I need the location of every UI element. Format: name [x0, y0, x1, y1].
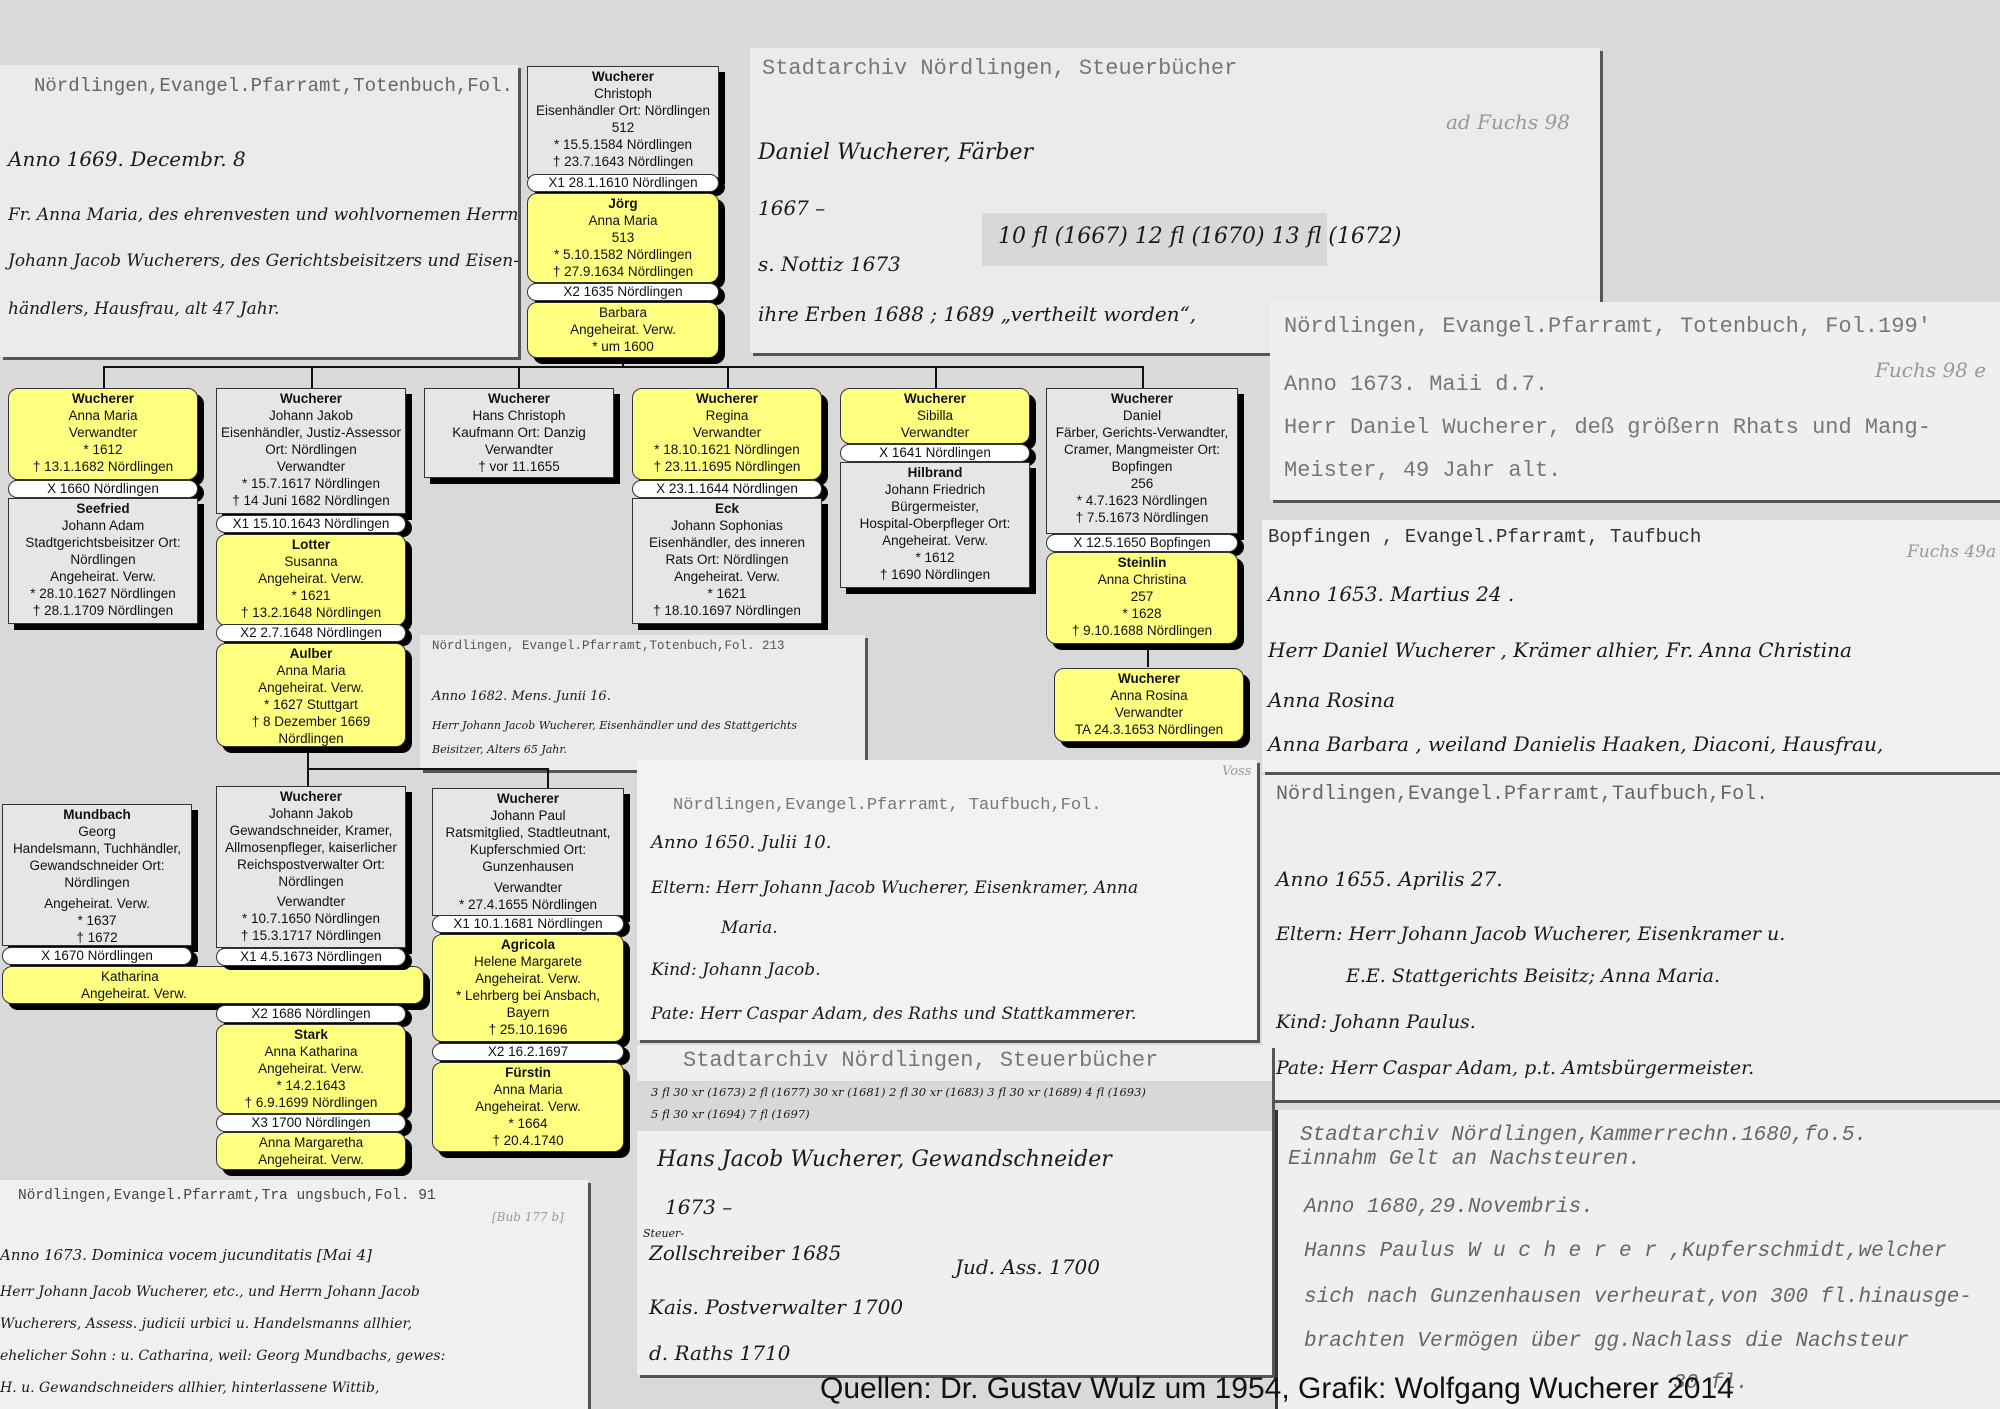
person-johann-friedrich-hilbrand[interactable]: Hilbrand Johann Friedrich Bürgermeister,… [840, 462, 1030, 588]
surname: Wucherer [11, 390, 195, 407]
document-traubuch-91: Nördlingen,Evangel.Pfarramt,Tra ungsbuch… [0, 1180, 588, 1409]
document-line: Meister, 49 Jahr alt. [1284, 458, 1561, 483]
person-johann-sophonias-eck[interactable]: Eck Johann Sophonias Eisenhändler, des i… [632, 498, 822, 624]
birth: * 5.10.1582 Nördlingen [530, 246, 716, 263]
surname: Agricola [435, 936, 621, 953]
death: † 18.10.1697 Nördlingen [635, 602, 819, 619]
detail: Angeheirat. Verw. [843, 532, 1027, 549]
detail: Verwandter [11, 424, 195, 441]
detail: Angeheirat. Verw. [635, 568, 819, 585]
detail: Angeheirat. Verw. [435, 970, 621, 987]
document-line: Jud. Ass. 1700 [955, 1255, 1100, 1279]
detail: Angeheirat. Verw. [435, 1098, 621, 1115]
death: † 23.7.1643 Nördlingen [530, 153, 716, 170]
given-name: Johann Sophonias [635, 517, 819, 534]
connector [103, 366, 1143, 368]
surname: Steinlin [1049, 554, 1235, 571]
detail: Angeheirat. Verw. [530, 321, 716, 338]
given-name: Johann Friedrich [843, 481, 1027, 498]
document-header: Nördlingen,Evangel.Pfarramt,Totenbuch,Fo… [34, 75, 518, 97]
person-katharina[interactable]: Katharina Angeheirat. Verw. [2, 966, 424, 1004]
detail: Bürgermeister, [843, 498, 1027, 515]
detail: Ort: Nördlingen [219, 441, 403, 458]
death: † 1672 [5, 929, 189, 946]
document-line: Herr Daniel Wucherer, deß größern Rhats … [1284, 415, 1931, 440]
surname: Mundbach [5, 806, 189, 823]
birth: * 14.2.1643 [219, 1077, 403, 1094]
birth: * 4.7.1623 Nördlingen [1049, 492, 1235, 509]
person-regina-wucherer[interactable]: Wucherer Regina Verwandter * 18.10.1621 … [632, 388, 822, 480]
given-name: Anna Margaretha [219, 1134, 403, 1151]
given-name: Susanna [219, 553, 403, 570]
person-anna-maria-wucherer[interactable]: Wucherer Anna Maria Verwandter * 1612 † … [8, 388, 198, 480]
person-anna-katharina-stark[interactable]: Stark Anna Katharina Angeheirat. Verw. *… [216, 1024, 406, 1114]
given-name: Anna Maria [435, 1081, 621, 1098]
person-johann-jakob-wucherer[interactable]: Wucherer Johann Jakob Eisenhändler, Just… [216, 388, 406, 514]
death-place: Nördlingen [219, 730, 403, 747]
person-helene-margarete-agricola[interactable]: Agricola Helene Margarete Angeheirat. Ve… [432, 934, 624, 1042]
given-name: Johann Jakob [219, 407, 403, 424]
death: † 1690 Nördlingen [843, 566, 1027, 583]
detail: Verwandter [219, 458, 403, 475]
birth: * 15.7.1617 Nördlingen [219, 475, 403, 492]
archive-note: ad Fuchs 98 [1446, 110, 1570, 134]
given-name: Sibilla [843, 407, 1027, 424]
surname: Wucherer [635, 390, 819, 407]
birth: * 1621 [635, 585, 819, 602]
detail: Reichspostverwalter Ort: [219, 856, 403, 873]
death: † 13.1.1682 Nördlingen [11, 458, 195, 475]
detail: Eisenhändler, des inneren [635, 534, 819, 551]
birth: * 1664 [435, 1115, 621, 1132]
surname: Lotter [219, 536, 403, 553]
detail: Angeheirat. Verw. [5, 895, 189, 912]
document-line: Herr Daniel Wucherer , Krämer alhier, Fr… [1268, 638, 1852, 662]
document-line: 1673 – [665, 1195, 732, 1219]
detail: Nördlingen [5, 874, 189, 891]
detail: 513 [530, 229, 716, 246]
detail: Angeheirat. Verw. [11, 568, 195, 585]
document-line: Anna Barbara , weiland Danielis Haaken, … [1268, 732, 1883, 756]
person-christoph-wucherer[interactable]: Wucherer Christoph Eisenhändler Ort: Nör… [527, 66, 719, 178]
death: † 6.9.1699 Nördlingen [219, 1094, 403, 1111]
birth: * 15.5.1584 Nördlingen [530, 136, 716, 153]
document-line: Kind: Johann Paulus. [1276, 1011, 1476, 1033]
document-header: Stadtarchiv Nördlingen, Steuerbücher [762, 56, 1237, 81]
detail: 257 [1049, 588, 1235, 605]
detail: Eisenhändler Ort: Nördlingen [530, 102, 716, 119]
detail: Nördlingen [219, 873, 403, 890]
detail: Verwandter [635, 424, 819, 441]
document-totenbuch-265: Nördlingen,Evangel.Pfarramt,Totenbuch,Fo… [0, 65, 518, 357]
document-header: Nördlingen,Evangel.Pfarramt,Tra ungsbuch… [18, 1188, 436, 1204]
detail: Angeheirat. Verw. [81, 985, 421, 1002]
detail: Kaufmann Ort: Danzig [427, 424, 611, 441]
marriage-label: X3 1700 Nördlingen [216, 1114, 406, 1132]
document-line: Fr. Anna Maria, des ehrenvesten und wohl… [8, 205, 518, 225]
surname: Wucherer [843, 390, 1027, 407]
document-header: Nördlingen, Evangel.Pfarramt, Totenbuch,… [1284, 314, 1931, 339]
detail: Verwandter [435, 879, 621, 896]
given-name: Daniel [1049, 407, 1235, 424]
document-header: Einnahm Gelt an Nachsteuren. [1288, 1148, 1641, 1171]
person-sibilla-wucherer[interactable]: Wucherer Sibilla Verwandter [840, 388, 1030, 444]
document-taufbuch-1655: Nördlingen,Evangel.Pfarramt,Taufbuch,Fol… [1262, 775, 2000, 1100]
document-line: Eltern: Herr Johann Jacob Wucherer, Eise… [1276, 923, 1785, 945]
surname: Wucherer [435, 790, 621, 807]
archive-note: [Bub 177 b] [492, 1210, 564, 1224]
baptism: TA 24.3.1653 Nördlingen [1057, 721, 1241, 738]
death: † 7.5.1673 Nördlingen [1049, 509, 1235, 526]
source-credit: Quellen: Dr. Gustav Wulz um 1954, Grafik… [820, 1372, 1734, 1406]
surname: Wucherer [427, 390, 611, 407]
document-line: 1667 – [758, 196, 825, 220]
detail: Gunzenhausen [435, 858, 621, 875]
detail: Verwandter [427, 441, 611, 458]
given-name: Anna Maria [219, 662, 403, 679]
surname: Eck [635, 500, 819, 517]
marriage-label: X 12.5.1650 Bopfingen [1046, 534, 1238, 552]
given-name: Anna Rosina [1057, 687, 1241, 704]
birth: * 1627 Stuttgart [219, 696, 403, 713]
birth: * Lehrberg bei Ansbach, [435, 987, 621, 1004]
death: † 9.10.1688 Nördlingen [1049, 622, 1235, 639]
document-header: Stadtarchiv Nördlingen, Steuerbücher [683, 1048, 1158, 1073]
detail: Ratsmitglied, Stadtleutnant, [435, 824, 621, 841]
given-name: Anna Katharina [219, 1043, 403, 1060]
birth: * 18.10.1621 Nördlingen [635, 441, 819, 458]
detail: Bopfingen [1049, 458, 1235, 475]
detail: Handelsmann, Tuchhändler, [5, 840, 189, 857]
tax-record: 5 fl 30 xr (1694) 7 fl (1697) [651, 1107, 810, 1121]
document-line: Kind: Johann Jacob. [651, 960, 821, 980]
detail: Verwandter [1057, 704, 1241, 721]
marriage-label: X2 2.7.1648 Nördlingen [216, 624, 406, 642]
detail: Nördlingen [11, 551, 195, 568]
detail: Gewandschneider, Kramer, [219, 822, 403, 839]
document-line: Anna Rosina [1268, 688, 1395, 712]
given-name: Johann Jakob [219, 805, 403, 822]
document-line: händlers, Hausfrau, alt 47 Jahr. [8, 299, 279, 319]
surname: Fürstin [435, 1064, 621, 1081]
detail: Gewandschneider Ort: [5, 857, 189, 874]
document-kammerrechnung: Stadtarchiv Nördlingen,Kammerrechn.1680,… [1275, 1110, 2000, 1409]
person-anna-maria-fuerstin[interactable]: Fürstin Anna Maria Angeheirat. Verw. * 1… [432, 1062, 624, 1152]
document-line: Wucherers, Assess. judicii urbici u. Han… [0, 1316, 412, 1332]
document-header: Nördlingen,Evangel.Pfarramt, Taufbuch,Fo… [673, 796, 1101, 815]
death: † 13.2.1648 Nördlingen [219, 604, 403, 621]
person-anna-maria-aulber[interactable]: Aulber Anna Maria Angeheirat. Verw. * 16… [216, 643, 406, 747]
given-name: Helene Margarete [435, 953, 621, 970]
person-georg-mundbach[interactable]: Mundbach Georg Handelsmann, Tuchhändler,… [2, 804, 192, 946]
death: † 14 Juni 1682 Nördlingen [219, 492, 403, 509]
detail: 512 [530, 119, 716, 136]
person-anna-margaretha[interactable]: Anna Margaretha Angeheirat. Verw. [216, 1132, 406, 1170]
document-line: Anno 1655. Aprilis 27. [1276, 867, 1503, 891]
birth: * 1628 [1049, 605, 1235, 622]
surname: Wucherer [1057, 670, 1241, 687]
detail: Kupferschmied Ort: [435, 841, 621, 858]
marriage-label: X 1660 Nördlingen [8, 480, 198, 498]
detail: Cramer, Mangmeister Ort: [1049, 441, 1235, 458]
given-name: Anna Maria [11, 407, 195, 424]
document-line: E.E. Stattgerichts Beisitz; Anna Maria. [1346, 965, 1720, 987]
document-line: Anno 1680,29.Novembris. [1304, 1196, 1594, 1219]
document-line: Anno 1673. Dominica vocem jucunditatis [… [0, 1246, 372, 1264]
document-taufbuch-bopfingen: Bopfingen , Evangel.Pfarramt, Taufbuch F… [1262, 520, 2000, 772]
archive-note: Voss [1222, 764, 1251, 779]
person-anna-maria-joerg[interactable]: Jörg Anna Maria 513 * 5.10.1582 Nördling… [527, 193, 719, 283]
connector [727, 366, 729, 388]
document-totenbuch-199: Nördlingen, Evangel.Pfarramt, Totenbuch,… [1270, 302, 2000, 500]
surname: Wucherer [219, 788, 403, 805]
detail: Stadtgerichtsbeisitzer Ort: [11, 534, 195, 551]
given-name: Katharina [81, 968, 421, 985]
death: † 20.4.1740 [435, 1132, 621, 1149]
document-header: Nördlingen,Evangel.Pfarramt,Taufbuch,Fol… [1276, 783, 1768, 806]
birth-place: Bayern [435, 1004, 621, 1021]
person-anna-christina-steinlin[interactable]: Steinlin Anna Christina 257 * 1628 † 9.1… [1046, 552, 1238, 644]
detail: Angeheirat. Verw. [219, 1060, 403, 1077]
surname: Wucherer [1049, 390, 1235, 407]
document-line: Kais. Postverwalter 1700 [649, 1295, 903, 1319]
surname: Stark [219, 1026, 403, 1043]
archive-note: Fuchs 49a [1907, 542, 1996, 562]
birth: * 1612 [11, 441, 195, 458]
document-header: Bopfingen , Evangel.Pfarramt, Taufbuch [1268, 526, 1701, 548]
document-line: Anno 1650. Julii 10. [651, 832, 831, 853]
detail: Rats Ort: Nördlingen [635, 551, 819, 568]
marriage-label: X2 1686 Nördlingen [216, 1005, 406, 1023]
given-name: Hans Christoph [427, 407, 611, 424]
death: † 8 Dezember 1669 [219, 713, 403, 730]
marriage-label: X 23.1.1644 Nördlingen [632, 480, 822, 498]
birth: * 28.10.1627 Nördlingen [11, 585, 195, 602]
document-line: Eltern: Herr Johann Jacob Wucherer, Eise… [651, 878, 1138, 898]
death: † 28.1.1709 Nördlingen [11, 602, 195, 619]
document-line: Anno 1653. Martius 24 . [1268, 582, 1514, 606]
document-line: Beisitzer, Alters 65 Jahr. [432, 743, 567, 756]
person-barbara[interactable]: Barbara Angeheirat. Verw. * um 1600 [527, 302, 719, 358]
person-susanna-lotter[interactable]: Lotter Susanna Angeheirat. Verw. * 1621 … [216, 534, 406, 626]
person-johann-paul-wucherer[interactable]: Wucherer Johann Paul Ratsmitglied, Stadt… [432, 788, 624, 916]
connector [518, 366, 520, 388]
marriage-label: X1 15.10.1643 Nördlingen [216, 515, 406, 533]
document-line: Anno 1682. Mens. Junii 16. [432, 689, 611, 704]
detail: Verwandter [843, 424, 1027, 441]
death: † vor 11.1655 [427, 458, 611, 475]
surname: Aulber [219, 645, 403, 662]
person-anna-rosina-wucherer[interactable]: Wucherer Anna Rosina Verwandter TA 24.3.… [1054, 668, 1244, 742]
document-line: s. Nottiz 1673 [758, 252, 901, 276]
document-line: Steuer- [643, 1227, 684, 1240]
given-name: Anna Maria [530, 212, 716, 229]
birth: * 1621 [219, 587, 403, 604]
archive-note: Fuchs 98 e [1875, 358, 1986, 382]
connector [103, 366, 105, 388]
document-line: Pate: Herr Caspar Adam, p.t. Amtsbürgerm… [1276, 1057, 1754, 1079]
detail: Angeheirat. Verw. [219, 570, 403, 587]
death: † 25.10.1696 [435, 1021, 621, 1038]
connector [935, 366, 937, 388]
surname: Jörg [530, 195, 716, 212]
document-line: d. Raths 1710 [649, 1341, 790, 1365]
document-line: Maria. [721, 918, 778, 938]
document-line: H. u. Gewandschneiders allhier, hinterla… [0, 1380, 379, 1396]
detail: Allmosenpfleger, kaiserlicher [219, 839, 403, 856]
person-johann-jakob-wucherer-jr[interactable]: Wucherer Johann Jakob Gewandschneider, K… [216, 786, 406, 948]
document-header: Nördlingen, Evangel.Pfarramt,Totenbuch,F… [432, 639, 785, 653]
document-steuerbuecher-jakob: Stadtarchiv Nördlingen, Steuerbücher 3 f… [637, 1045, 1272, 1375]
surname: Hilbrand [843, 464, 1027, 481]
document-line: Daniel Wucherer, Färber [758, 140, 1033, 165]
document-line: ehelicher Sohn : u. Catharina, weil: Geo… [0, 1348, 445, 1364]
connector [311, 366, 313, 388]
given-name: Georg [5, 823, 189, 840]
document-line: ihre Erben 1688 ; 1689 „vertheilt worden… [758, 302, 1196, 326]
connector [1142, 366, 1144, 388]
document-header: Stadtarchiv Nördlingen,Kammerrechn.1680,… [1300, 1124, 1867, 1147]
detail: Hospital-Oberpfleger Ort: [843, 515, 1027, 532]
given-name: Johann Paul [435, 807, 621, 824]
death: † 27.9.1634 Nördlingen [530, 263, 716, 280]
detail: 256 [1049, 475, 1235, 492]
given-name: Regina [635, 407, 819, 424]
death: † 23.11.1695 Nördlingen [635, 458, 819, 475]
marriage-label: X1 4.5.1673 Nördlingen [216, 948, 406, 966]
document-line: Anno 1673. Maii d.7. [1284, 372, 1548, 397]
marriage-label: X1 10.1.1681 Nördlingen [432, 915, 624, 933]
document-line: brachten Vermögen über gg.Nachlass die N… [1304, 1330, 1909, 1353]
detail: Verwandter [219, 893, 403, 910]
document-taufbuch-1650: Voss Nördlingen,Evangel.Pfarramt, Taufbu… [637, 760, 1257, 1040]
document-line: Hanns Paulus W u c h e r e r ,Kupferschm… [1304, 1240, 1947, 1263]
document-totenbuch-213: Nördlingen, Evangel.Pfarramt,Totenbuch,F… [420, 635, 865, 770]
birth: * 10.7.1650 Nördlingen [219, 910, 403, 927]
marriage-label: X 1670 Nördlingen [2, 947, 192, 965]
document-line: Hans Jacob Wucherer, Gewandschneider [657, 1147, 1112, 1172]
marriage-label: X1 28.1.1610 Nördlingen [527, 174, 719, 192]
death: † 15.3.1717 Nördlingen [219, 927, 403, 944]
connector [547, 768, 549, 788]
given-name: Barbara [530, 304, 716, 321]
person-daniel-wucherer[interactable]: Wucherer Daniel Färber, Gerichts-Verwand… [1046, 388, 1238, 534]
person-hans-christoph-wucherer[interactable]: Wucherer Hans Christoph Kaufmann Ort: Da… [424, 388, 614, 478]
surname: Seefried [11, 500, 195, 517]
birth: * um 1600 [530, 338, 716, 355]
document-line: sich nach Gunzenhausen verheurat,von 300… [1304, 1286, 1972, 1309]
document-line: Herr Johann Jacob Wucherer, etc., und He… [0, 1284, 420, 1300]
detail: Angeheirat. Verw. [219, 1151, 403, 1168]
document-line: Zollschreiber 1685 [649, 1241, 841, 1265]
given-name: Christoph [530, 85, 716, 102]
marriage-label: X2 16.2.1697 [432, 1043, 624, 1061]
tax-record: 10 fl (1667) 12 fl (1670) 13 fl (1672) [998, 224, 1401, 249]
given-name: Anna Christina [1049, 571, 1235, 588]
document-line: Herr Johann Jacob Wucherer, Eisenhändler… [432, 719, 797, 732]
detail: Färber, Gerichts-Verwandter, [1049, 424, 1235, 441]
marriage-label: X 1641 Nördlingen [840, 444, 1030, 462]
connector [307, 768, 549, 770]
detail: Eisenhändler, Justiz-Assessor [219, 424, 403, 441]
marriage-label: X2 1635 Nördlingen [527, 283, 719, 301]
birth: * 1637 [5, 912, 189, 929]
document-line: Anno 1669. Decembr. 8 [8, 147, 246, 171]
birth: * 1612 [843, 549, 1027, 566]
surname: Wucherer [530, 68, 716, 85]
surname: Wucherer [219, 390, 403, 407]
connector [1147, 645, 1149, 667]
document-line: Pate: Herr Caspar Adam, des Raths und St… [651, 1004, 1136, 1024]
document-line: Johann Jacob Wucherers, des Gerichtsbeis… [8, 251, 518, 271]
tax-record: 3 fl 30 xr (1673) 2 fl (1677) 30 xr (168… [651, 1085, 1146, 1099]
given-name: Johann Adam [11, 517, 195, 534]
birth: * 27.4.1655 Nördlingen [435, 896, 621, 913]
person-johann-adam-seefried[interactable]: Seefried Johann Adam Stadtgerichtsbeisit… [8, 498, 198, 624]
detail: Angeheirat. Verw. [219, 679, 403, 696]
